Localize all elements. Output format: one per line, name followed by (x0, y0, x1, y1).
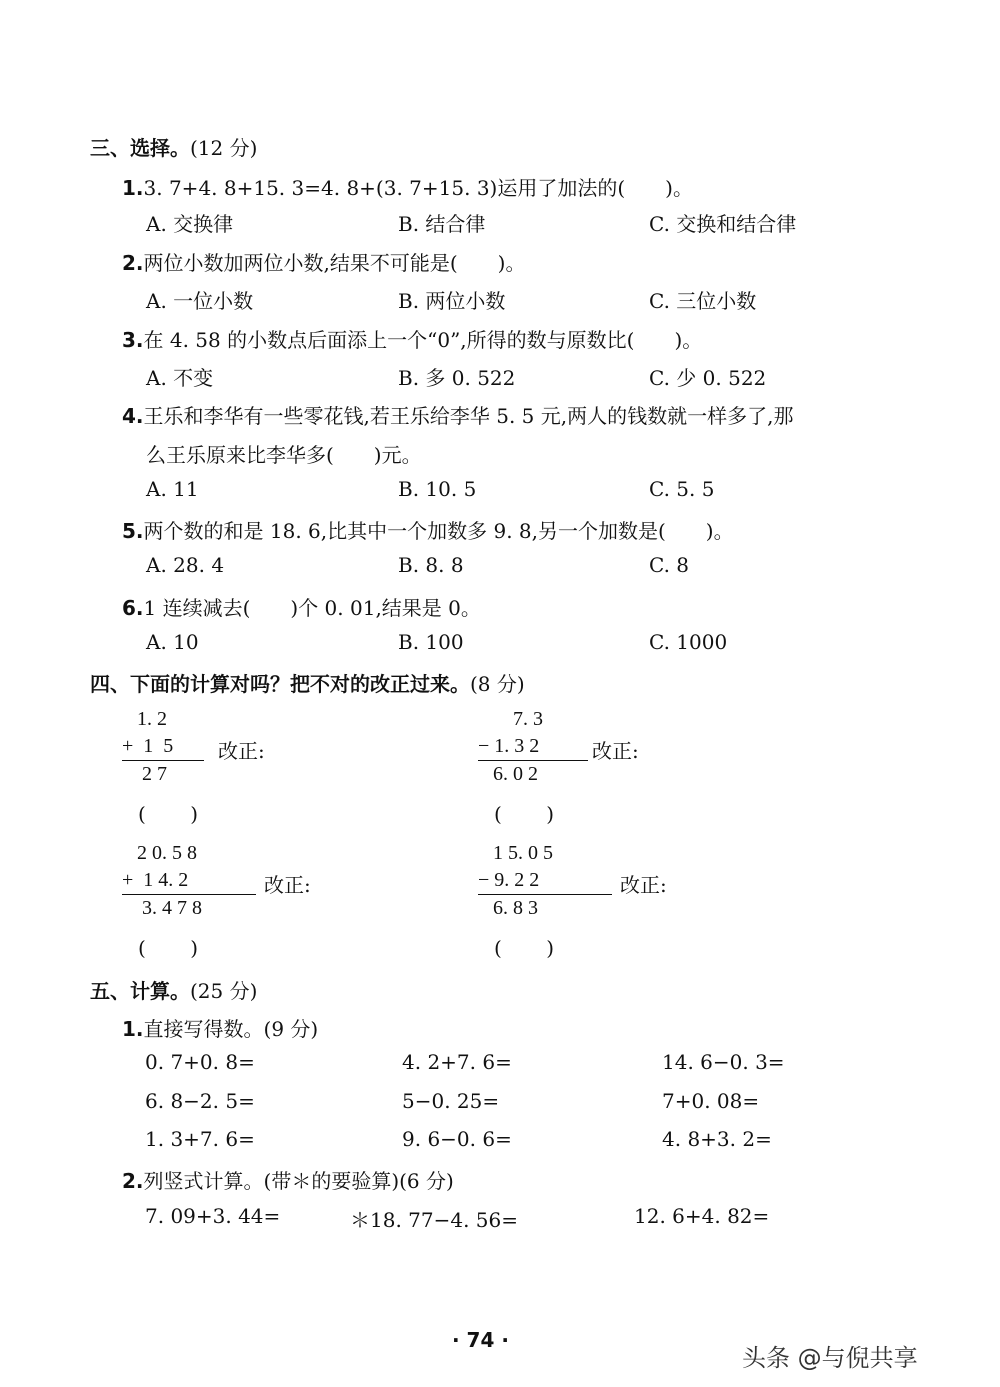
answer-blank[interactable]: ( ) (494, 802, 554, 826)
part-1-heading: 1.直接写得数。(9 分) (122, 1013, 318, 1042)
q5-option-c: C. 8 (649, 553, 689, 577)
question-text: 1 连续减去( )个 0. 01,结果是 0。 (144, 596, 481, 620)
column-calc-3: 12. 6+4. 82= (634, 1204, 769, 1228)
part-number: 2. (122, 1169, 144, 1193)
fix-label: 改正: (264, 869, 311, 898)
q3-option-a: A. 不变 (146, 362, 213, 391)
calc-result: 2 7 (122, 760, 204, 788)
oral-calc-6: 7+0. 08= (662, 1089, 759, 1113)
answer-blank[interactable]: ( ) (494, 936, 554, 960)
calc-top: 7. 3 (478, 706, 588, 733)
q4-option-c: C. 5. 5 (649, 477, 714, 501)
fix-label: 改正: (620, 869, 667, 898)
q1-option-a: A. 交换律 (146, 208, 233, 237)
question-number: 4. (122, 404, 144, 428)
calc-bottom: − 1. 3 2 (478, 733, 588, 760)
section-title-text: 五、计算。 (90, 979, 190, 1003)
q4-option-a: A. 11 (146, 477, 199, 501)
q1-option-b: B. 结合律 (398, 208, 485, 237)
q2-option-a: A. 一位小数 (146, 285, 253, 314)
question-5: 5.两个数的和是 18. 6,比其中一个加数多 9. 8,另一个加数是( )。 (122, 515, 734, 544)
section-points: (25 分) (190, 979, 257, 1003)
question-6: 6.1 连续减去( )个 0. 01,结果是 0。 (122, 592, 481, 621)
q5-option-a: A. 28. 4 (146, 553, 224, 577)
q2-option-b: B. 两位小数 (398, 285, 505, 314)
calc-result: 6. 8 3 (478, 894, 612, 922)
section-5-title: 五、计算。(25 分) (90, 975, 257, 1004)
calc-result: 3. 4 7 8 (122, 894, 256, 922)
question-2: 2.两位小数加两位小数,结果不可能是( )。 (122, 247, 525, 276)
question-4: 4.王乐和李华有一些零花钱,若王乐给李华 5. 5 元,两人的钱数就一样多了,那 (122, 400, 793, 429)
vertical-calc-3: 2 0. 5 8 + 1 4. 2 3. 4 7 8 (122, 840, 256, 922)
calc-top: 2 0. 5 8 (122, 840, 256, 867)
question-text: 在 4. 58 的小数点后面添上一个“0”,所得的数与原数比( )。 (144, 328, 703, 352)
watermark: 头条 @与倪共享 (742, 1338, 918, 1373)
answer-blank[interactable]: ( ) (138, 802, 198, 826)
calc-bottom: + 1 4. 2 (122, 867, 256, 894)
calc-bottom: − 9. 2 2 (478, 867, 612, 894)
q3-option-b: B. 多 0. 522 (398, 362, 515, 391)
q6-option-a: A. 10 (146, 630, 199, 654)
vertical-calc-2: 7. 3 − 1. 3 2 6. 0 2 (478, 706, 588, 788)
calc-top: 1 5. 0 5 (478, 840, 612, 867)
q6-option-b: B. 100 (398, 630, 464, 654)
question-3: 3.在 4. 58 的小数点后面添上一个“0”,所得的数与原数比( )。 (122, 324, 702, 353)
calc-top: 1. 2 (122, 706, 204, 733)
section-title-text: 三、选择。 (90, 136, 190, 160)
oral-calc-2: 4. 2+7. 6= (402, 1050, 512, 1074)
oral-calc-4: 6. 8−2. 5= (145, 1089, 255, 1113)
question-number: 6. (122, 596, 144, 620)
question-number: 2. (122, 251, 144, 275)
oral-calc-3: 14. 6−0. 3= (662, 1050, 785, 1074)
question-text: 两个数的和是 18. 6,比其中一个加数多 9. 8,另一个加数是( )。 (144, 519, 734, 543)
question-number: 3. (122, 328, 144, 352)
part-text: 直接写得数。(9 分) (144, 1017, 319, 1041)
oral-calc-8: 9. 6−0. 6= (402, 1127, 512, 1151)
q3-option-c: C. 少 0. 522 (649, 362, 766, 391)
q4-option-b: B. 10. 5 (398, 477, 476, 501)
section-title-text: 四、下面的计算对吗？把不对的改正过来。 (90, 672, 470, 696)
q6-option-c: C. 1000 (649, 630, 727, 654)
question-text: 3. 7+4. 8+15. 3=4. 8+(3. 7+15. 3)运用了加法的(… (144, 176, 693, 200)
question-4-line-2: 么王乐原来比李华多( )元。 (146, 439, 422, 468)
section-3-title: 三、选择。(12 分) (90, 132, 257, 161)
question-number: 1. (122, 176, 144, 200)
column-calc-1: 7. 09+3. 44= (145, 1204, 280, 1228)
fix-label: 改正: (218, 735, 265, 764)
oral-calc-9: 4. 8+3. 2= (662, 1127, 772, 1151)
part-text: 列竖式计算。(带＊的要验算)(6 分) (144, 1169, 454, 1193)
column-calc-2: ＊18. 77−4. 56= (350, 1204, 518, 1233)
part-2-heading: 2.列竖式计算。(带＊的要验算)(6 分) (122, 1165, 454, 1194)
vertical-calc-4: 1 5. 0 5 − 9. 2 2 6. 8 3 (478, 840, 612, 922)
oral-calc-7: 1. 3+7. 6= (145, 1127, 255, 1151)
q1-option-c: C. 交换和结合律 (649, 208, 796, 237)
vertical-calc-1: 1. 2 + 1 5 2 7 (122, 706, 204, 788)
section-4-title: 四、下面的计算对吗？把不对的改正过来。(8 分) (90, 668, 525, 697)
question-1: 1.3. 7+4. 8+15. 3=4. 8+(3. 7+15. 3)运用了加法… (122, 172, 693, 201)
fix-label: 改正: (592, 735, 639, 764)
calc-bottom: + 1 5 (122, 733, 204, 760)
oral-calc-5: 5−0. 25= (402, 1089, 499, 1113)
answer-blank[interactable]: ( ) (138, 936, 198, 960)
q2-option-c: C. 三位小数 (649, 285, 756, 314)
page-number: · 74 · (452, 1328, 509, 1352)
question-text: 王乐和李华有一些零花钱,若王乐给李华 5. 5 元,两人的钱数就一样多了,那 (144, 404, 794, 428)
question-text: 两位小数加两位小数,结果不可能是( )。 (144, 251, 526, 275)
question-number: 5. (122, 519, 144, 543)
section-points: (12 分) (190, 136, 257, 160)
section-points: (8 分) (470, 672, 525, 696)
calc-result: 6. 0 2 (478, 760, 588, 788)
part-number: 1. (122, 1017, 144, 1041)
oral-calc-1: 0. 7+0. 8= (145, 1050, 255, 1074)
q5-option-b: B. 8. 8 (398, 553, 464, 577)
